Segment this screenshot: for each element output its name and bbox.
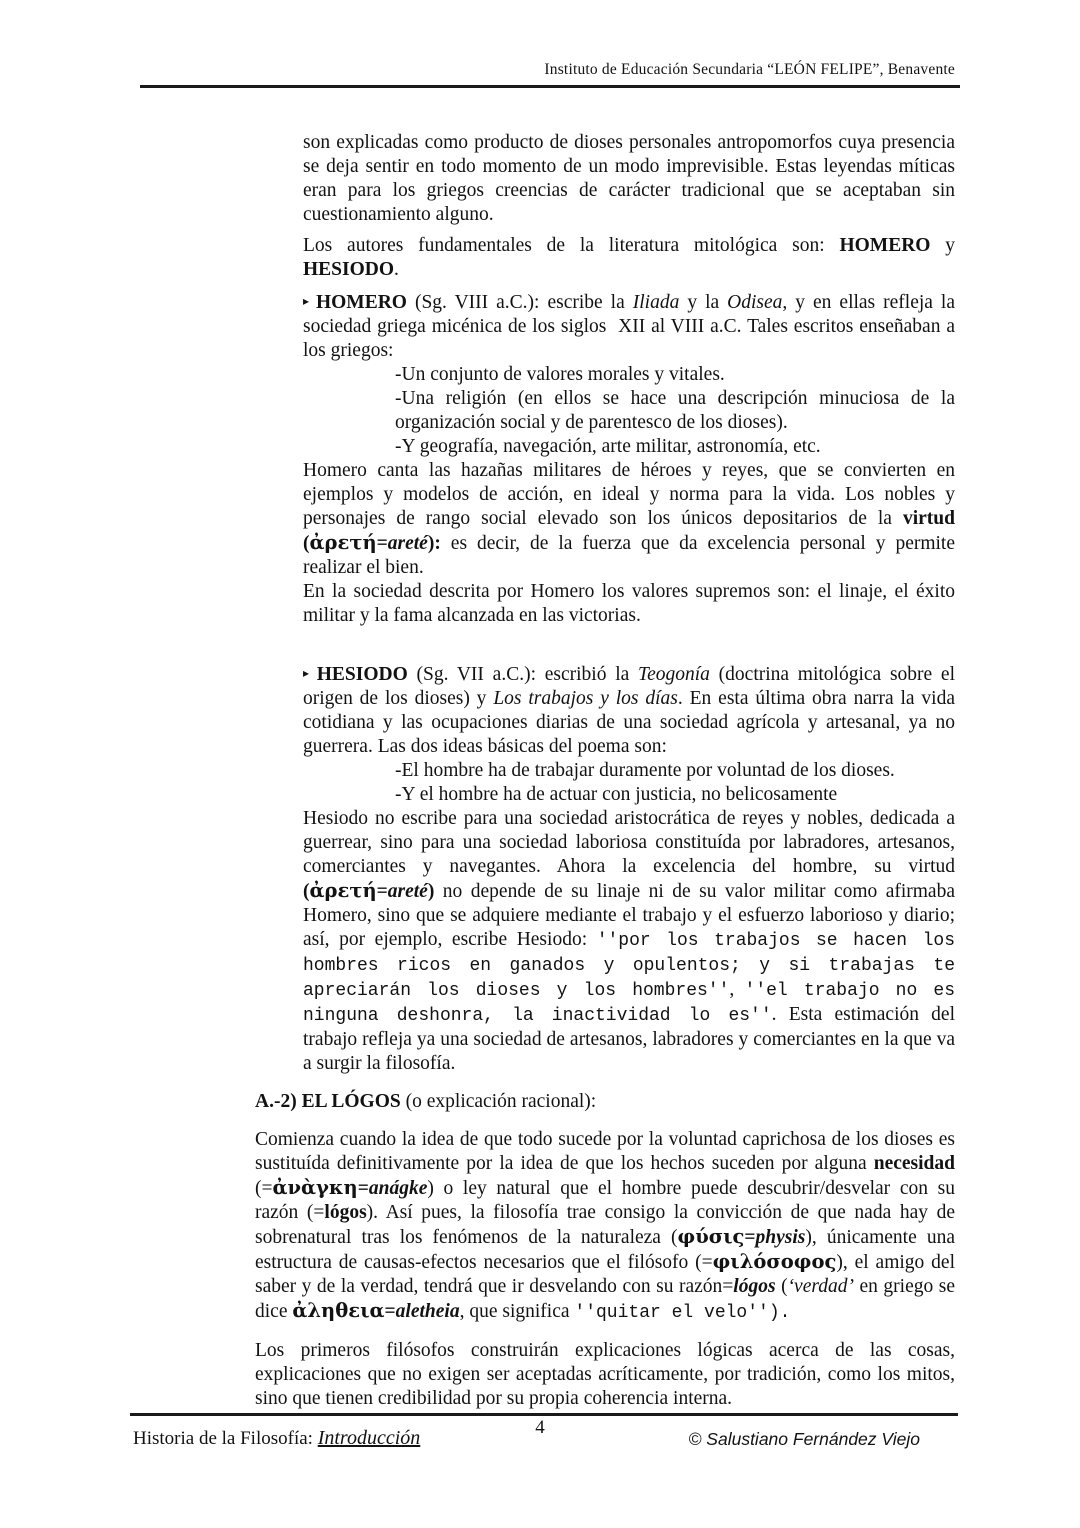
paragraph: Homero canta las hazañas militares de hé… xyxy=(303,459,955,580)
list-item: -Y el hombre ha de actuar con justicia, … xyxy=(395,783,955,807)
text-run: necesidad xyxy=(874,1153,955,1174)
text-run: son explicadas como producto de dioses p… xyxy=(303,132,955,225)
footer-rule xyxy=(130,1413,958,1416)
text-run: (o explicación racional): xyxy=(401,1091,596,1112)
text-run: virtud xyxy=(903,508,955,529)
text-run: = xyxy=(358,1178,369,1199)
text-run: = xyxy=(377,881,388,902)
text-run: ''quitar el velo''). xyxy=(574,1303,790,1323)
text-run: y la xyxy=(679,292,727,313)
bullet-icon: ▸ xyxy=(303,294,316,308)
text-run: HESIODO xyxy=(303,259,394,280)
text-run: (Sg. VII a.C.): escribió la xyxy=(408,664,638,685)
footer-course-section: Introducción xyxy=(318,1427,421,1449)
text-run: anágke xyxy=(369,1178,428,1199)
text-run: (Sg. VIII a.C.): escribe la xyxy=(407,292,633,313)
text-run: Los primeros filósofos construirán expli… xyxy=(255,1340,955,1409)
document-body: son explicadas como producto de dioses p… xyxy=(255,124,955,1411)
paragraph: ▸ HESIODO (Sg. VII a.C.): escribió la Te… xyxy=(303,661,955,759)
text-run: ἀληθεια xyxy=(292,1299,384,1322)
text-run: . xyxy=(394,259,399,280)
paragraph: ▸ HOMERO (Sg. VIII a.C.): escribe la Ili… xyxy=(303,289,955,363)
text-run: Iliada xyxy=(633,292,680,313)
text-run: areté xyxy=(388,881,428,902)
text-run: A.-2) EL LÓGOS xyxy=(255,1091,401,1112)
text-run: = xyxy=(377,533,388,554)
text-run: ‘verdad’ xyxy=(788,1276,854,1297)
paragraph: Los autores fundamentales de la literatu… xyxy=(303,234,955,282)
header-rule xyxy=(140,85,960,88)
list-item: -Un conjunto de valores morales y vitale… xyxy=(395,363,955,387)
text-run: -Y el hombre ha de actuar con justicia, … xyxy=(395,784,837,805)
text-run: aletheia xyxy=(396,1301,460,1322)
text-run: ἀνὰγκη xyxy=(273,1176,358,1199)
text-run: ἀρετή xyxy=(310,531,377,554)
text-run: HOMERO xyxy=(316,292,407,313)
bullet-icon: ▸ xyxy=(303,666,317,680)
text-run: lógos xyxy=(733,1276,775,1297)
document-page: Instituto de Educación Secundaria “LEÓN … xyxy=(0,0,1080,1528)
paragraph: Comienza cuando la idea de que todo suce… xyxy=(255,1128,955,1325)
text-run: physis xyxy=(756,1227,806,1248)
text-run: ( xyxy=(776,1276,788,1297)
text-run: Los trabajos y los días xyxy=(493,688,678,709)
list-item: -El hombre ha de trabajar duramente por … xyxy=(395,759,955,783)
list-item: -Una religión (en ellos se hace una desc… xyxy=(395,387,955,435)
paragraph: Hesiodo no escribe para una sociedad ari… xyxy=(303,807,955,1076)
footer-course: Historia de la Filosofía: Introducción xyxy=(133,1427,420,1450)
header-institute: Instituto de Educación Secundaria “LEÓN … xyxy=(544,61,955,79)
text-run: HOMERO xyxy=(839,235,930,256)
text-run: , xyxy=(729,979,744,1000)
text-run: Homero canta las hazañas militares de hé… xyxy=(303,460,955,529)
text-run: areté xyxy=(388,533,428,554)
text-run: Odisea xyxy=(727,292,782,313)
footer-course-title: Historia de la Filosofía: xyxy=(133,1428,313,1449)
text-run: Hesiodo no escribe para una sociedad ari… xyxy=(303,808,955,877)
paragraph: Los primeros filósofos construirán expli… xyxy=(255,1339,955,1411)
text-run: = xyxy=(385,1301,396,1322)
heading: A.-2) EL LÓGOS (o explicación racional): xyxy=(255,1090,955,1114)
text-run: lógos xyxy=(324,1202,366,1223)
text-run: HESIODO xyxy=(317,664,408,685)
text-run: y xyxy=(930,235,955,256)
text-run: φύσις xyxy=(678,1225,745,1248)
text-run: φιλόσοφος xyxy=(713,1250,837,1273)
footer-copyright: © Salustiano Fernández Viejo xyxy=(689,1429,920,1450)
text-run: -El hombre ha de trabajar duramente por … xyxy=(395,760,895,781)
text-run: (= xyxy=(255,1178,273,1199)
text-run: = xyxy=(744,1227,755,1248)
text-run: Teogonía xyxy=(638,664,710,685)
paragraph: En la sociedad descrita por Homero los v… xyxy=(303,580,955,628)
list-item: -Y geografía, navegación, arte militar, … xyxy=(395,435,955,459)
text-run: En la sociedad descrita por Homero los v… xyxy=(303,581,955,626)
text-run: , que significa xyxy=(460,1301,575,1322)
text-run: Los autores fundamentales de la literatu… xyxy=(303,235,839,256)
text-run: -Un conjunto de valores morales y vitale… xyxy=(395,364,725,385)
text-run: ἀρετή xyxy=(310,879,377,902)
text-run: Comienza cuando la idea de que todo suce… xyxy=(255,1129,955,1174)
paragraph: son explicadas como producto de dioses p… xyxy=(303,131,955,227)
text-run: -Y geografía, navegación, arte militar, … xyxy=(395,436,821,457)
text-run: -Una religión (en ellos se hace una desc… xyxy=(395,388,955,433)
text-run: ): xyxy=(428,533,441,554)
